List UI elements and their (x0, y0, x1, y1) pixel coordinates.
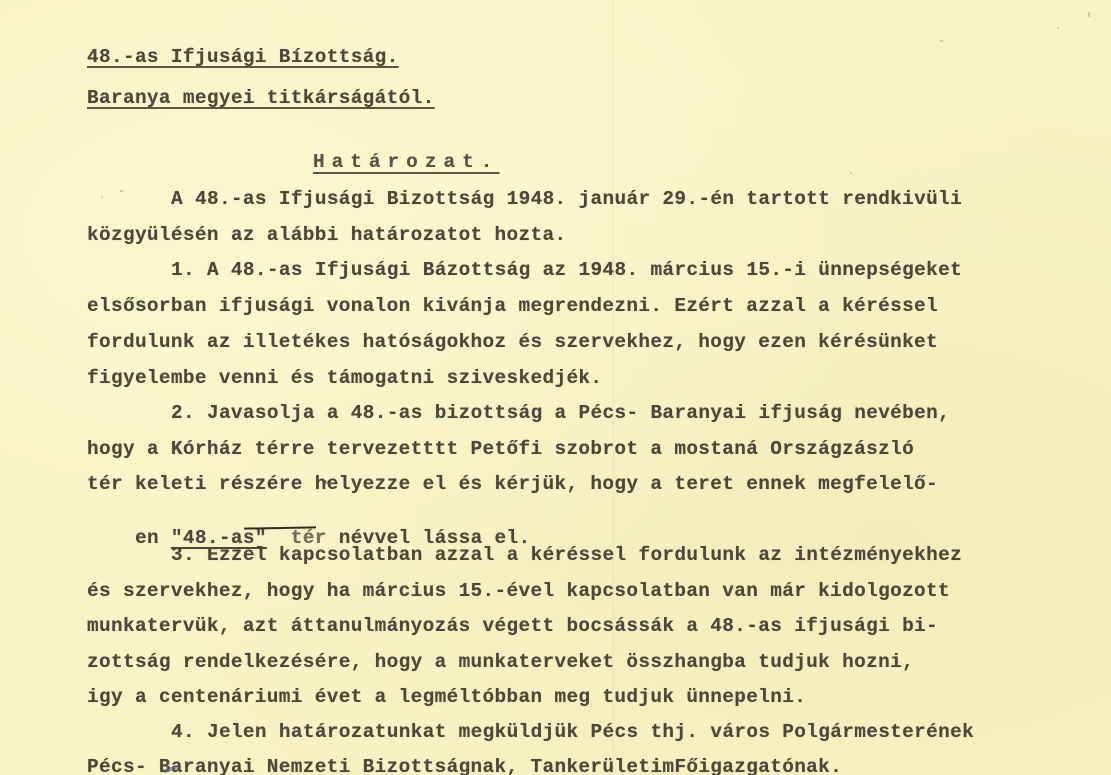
intro-line-2: közgyülésén az alábbi határozatot hozta. (87, 226, 566, 245)
point3-line-1: 3. Ezzel kapcsolatban azzal a kéréssel f… (171, 546, 962, 565)
document-page: 48.-as Ifjusági Bízottság. Baranya megye… (0, 0, 1111, 775)
point1-line-3: fordulunk az illetékes hatóságokhoz és s… (87, 333, 938, 352)
paper-speck (850, 172, 852, 174)
point2-line-4-prefix: en (135, 527, 171, 549)
paper-speck (1088, 12, 1090, 17)
point2-line-1: 2. Javasolja a 48.-as bizottság a Pécs- … (171, 404, 950, 423)
point4-line-1: 4. Jelen határozatunkat megküldjük Pécs … (171, 723, 974, 742)
point2-line-2: hogy a Kórház térre tervezetttt Petőfi s… (87, 440, 914, 459)
paper-speck (120, 190, 123, 192)
document-title: Határozat. (313, 151, 499, 173)
handwritten-quote-mark: ” (323, 479, 330, 495)
point1-line-2: elsősorban ifjusági vonalon kivánja megr… (87, 297, 938, 316)
point3-line-5: igy a centenáriumi évet a legméltóbban m… (87, 688, 806, 707)
point1-line-4: figyelembe venni és támogatni sziveskedj… (87, 369, 602, 388)
point3-line-2: és szervekhez, hogy ha március 15.-ével … (87, 582, 950, 601)
paper-speck (1057, 27, 1059, 29)
header-secretariat: Baranya megyei titkárságától. (87, 89, 435, 108)
header-committee-name: 48.-as Ifjusági Bízottság. (87, 48, 399, 67)
point3-line-3: munkatervük, azt áttanulmányozás végett … (87, 617, 938, 636)
point2-line-3: tér keleti részére helyezze el és kérjük… (87, 475, 938, 494)
paper-speck (101, 196, 103, 198)
point3-line-4: zottság rendelkezésére, hogy a munkaterv… (87, 653, 914, 672)
point4-line-2: Pécs- Baranyai Nemzeti Bizottságnak, Tan… (87, 758, 842, 775)
point1-line-1: 1. A 48.-as Ifjusági Bázottság az 1948. … (171, 261, 962, 280)
intro-line-1: A 48.-as Ifjusági Bizottság 1948. január… (171, 190, 962, 209)
paper-speck (940, 40, 943, 42)
